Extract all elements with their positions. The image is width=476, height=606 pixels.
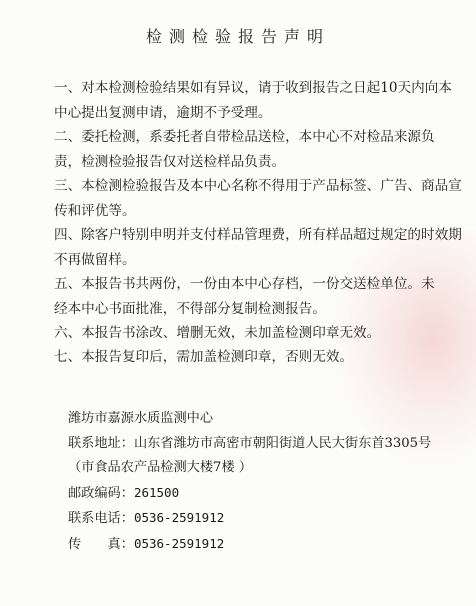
clause-2-line-2: 责，检测检验报告仅对送检样品负责。 [54, 150, 446, 175]
address-note: （市食品农产品检测大楼7楼 ） [68, 456, 468, 481]
clause-1-line-2: 中心提出复测申请，逾期不予受理。 [54, 101, 446, 126]
fax-row: 传 真：0536-2591912 [68, 532, 468, 558]
clause-5: 五、本报告书共两份，一份由本中心存档，一份交送检单位。未 经本中心书面批准，不得… [54, 272, 446, 321]
postcode-value: 261500 [134, 485, 179, 500]
clause-4-line-1: 四、除客户特别申明并支付样品管理费，所有样品超过规定的时效期 [54, 223, 446, 248]
fax-label: 传 真： [68, 537, 134, 552]
postcode-row: 邮政编码：261500 [68, 481, 468, 507]
clause-7-line-1: 七、本报告复印后，需加盖检测印章，否则无效。 [54, 345, 446, 370]
clause-4: 四、除客户特别申明并支付样品管理费，所有样品超过规定的时效期 不再做留样。 [54, 223, 446, 272]
fax-value: 0536-2591912 [134, 536, 224, 551]
contact-block: 潍坊市嘉源水质监测中心 联系地址：山东省潍坊市高密市朝阳街道人民大街东首3305… [68, 407, 468, 557]
clause-1-line-1: 一、对本检测检验结果如有异议，请于收到报告之日起10天内向本 [54, 76, 446, 101]
clause-3-line-1: 三、本检测检验报告及本中心名称不得用于产品标签、广告、商品宣 [54, 174, 446, 199]
document-title: 检测检验报告声明 [0, 24, 476, 47]
address-value: 山东省潍坊市高密市朝阳街道人民大街东首3305号 [134, 436, 431, 451]
clause-5-line-2: 经本中心书面批准，不得部分复制检测报告。 [54, 297, 446, 322]
clause-1: 一、对本检测检验结果如有异议，请于收到报告之日起10天内向本 中心提出复测申请，… [54, 76, 446, 125]
clause-3-line-2: 传和评优等。 [54, 199, 446, 224]
clause-4-line-2: 不再做留样。 [54, 248, 446, 273]
postcode-label: 邮政编码： [68, 486, 134, 501]
phone-label: 联系电话： [68, 511, 134, 526]
organization-name: 潍坊市嘉源水质监测中心 [68, 407, 468, 432]
clause-7: 七、本报告复印后，需加盖检测印章，否则无效。 [54, 345, 446, 370]
clause-3: 三、本检测检验报告及本中心名称不得用于产品标签、广告、商品宣 传和评优等。 [54, 174, 446, 223]
clause-2: 二、委托检测，系委托者自带检品送检，本中心不对检品来源负 责，检测检验报告仅对送… [54, 125, 446, 174]
address-row: 联系地址：山东省潍坊市高密市朝阳街道人民大街东首3305号 [68, 432, 468, 457]
clause-5-line-1: 五、本报告书共两份，一份由本中心存档，一份交送检单位。未 [54, 272, 446, 297]
clause-6: 六、本报告书涂改、增删无效，未加盖检测印章无效。 [54, 321, 446, 346]
address-label: 联系地址： [68, 436, 134, 451]
clause-6-line-1: 六、本报告书涂改、增删无效，未加盖检测印章无效。 [54, 321, 446, 346]
clause-2-line-1: 二、委托检测，系委托者自带检品送检，本中心不对检品来源负 [54, 125, 446, 150]
phone-row: 联系电话：0536-2591912 [68, 506, 468, 532]
phone-value: 0536-2591912 [134, 510, 224, 525]
scanned-document-page: 检测检验报告声明 一、对本检测检验结果如有异议，请于收到报告之日起10天内向本 … [0, 0, 476, 606]
